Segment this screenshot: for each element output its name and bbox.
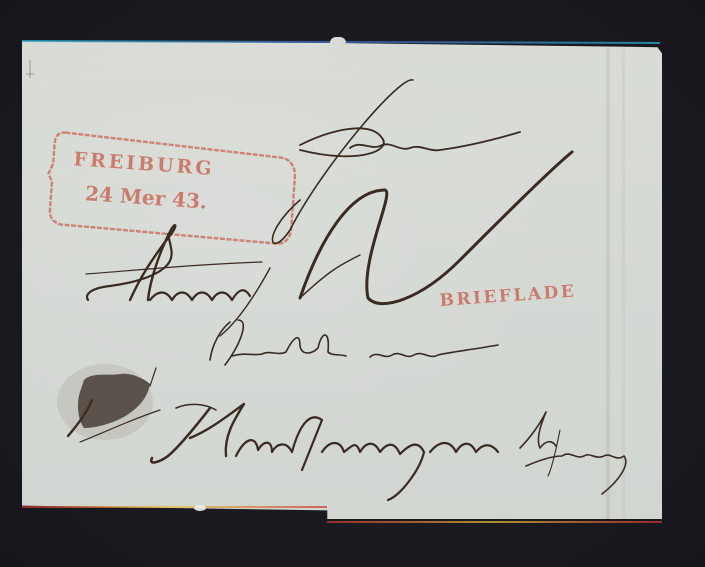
- handwriting-large-flourish: [300, 152, 572, 304]
- edge-mark: [26, 60, 34, 78]
- handwriting-bei-freiburg: [520, 412, 626, 494]
- handwriting-herrn: [273, 80, 521, 244]
- brieflade-cachet: BRIEFLADE: [439, 281, 577, 310]
- paper-blemish: [194, 505, 206, 511]
- handwriting-krotzingen: [151, 404, 498, 500]
- freiburg-postmark: FREIBURG 24 Mer 43.: [45, 132, 297, 245]
- postmark-date: 24 Mer 43.: [84, 181, 207, 213]
- ink-blot: [57, 364, 160, 442]
- handwriting-stumpf: [86, 225, 270, 336]
- handwriting-handelsmann: [210, 320, 498, 365]
- postmark-city: FREIBURG: [73, 148, 215, 180]
- cover-markings: FREIBURG 24 Mer 43. BRIEFLADE: [0, 0, 705, 567]
